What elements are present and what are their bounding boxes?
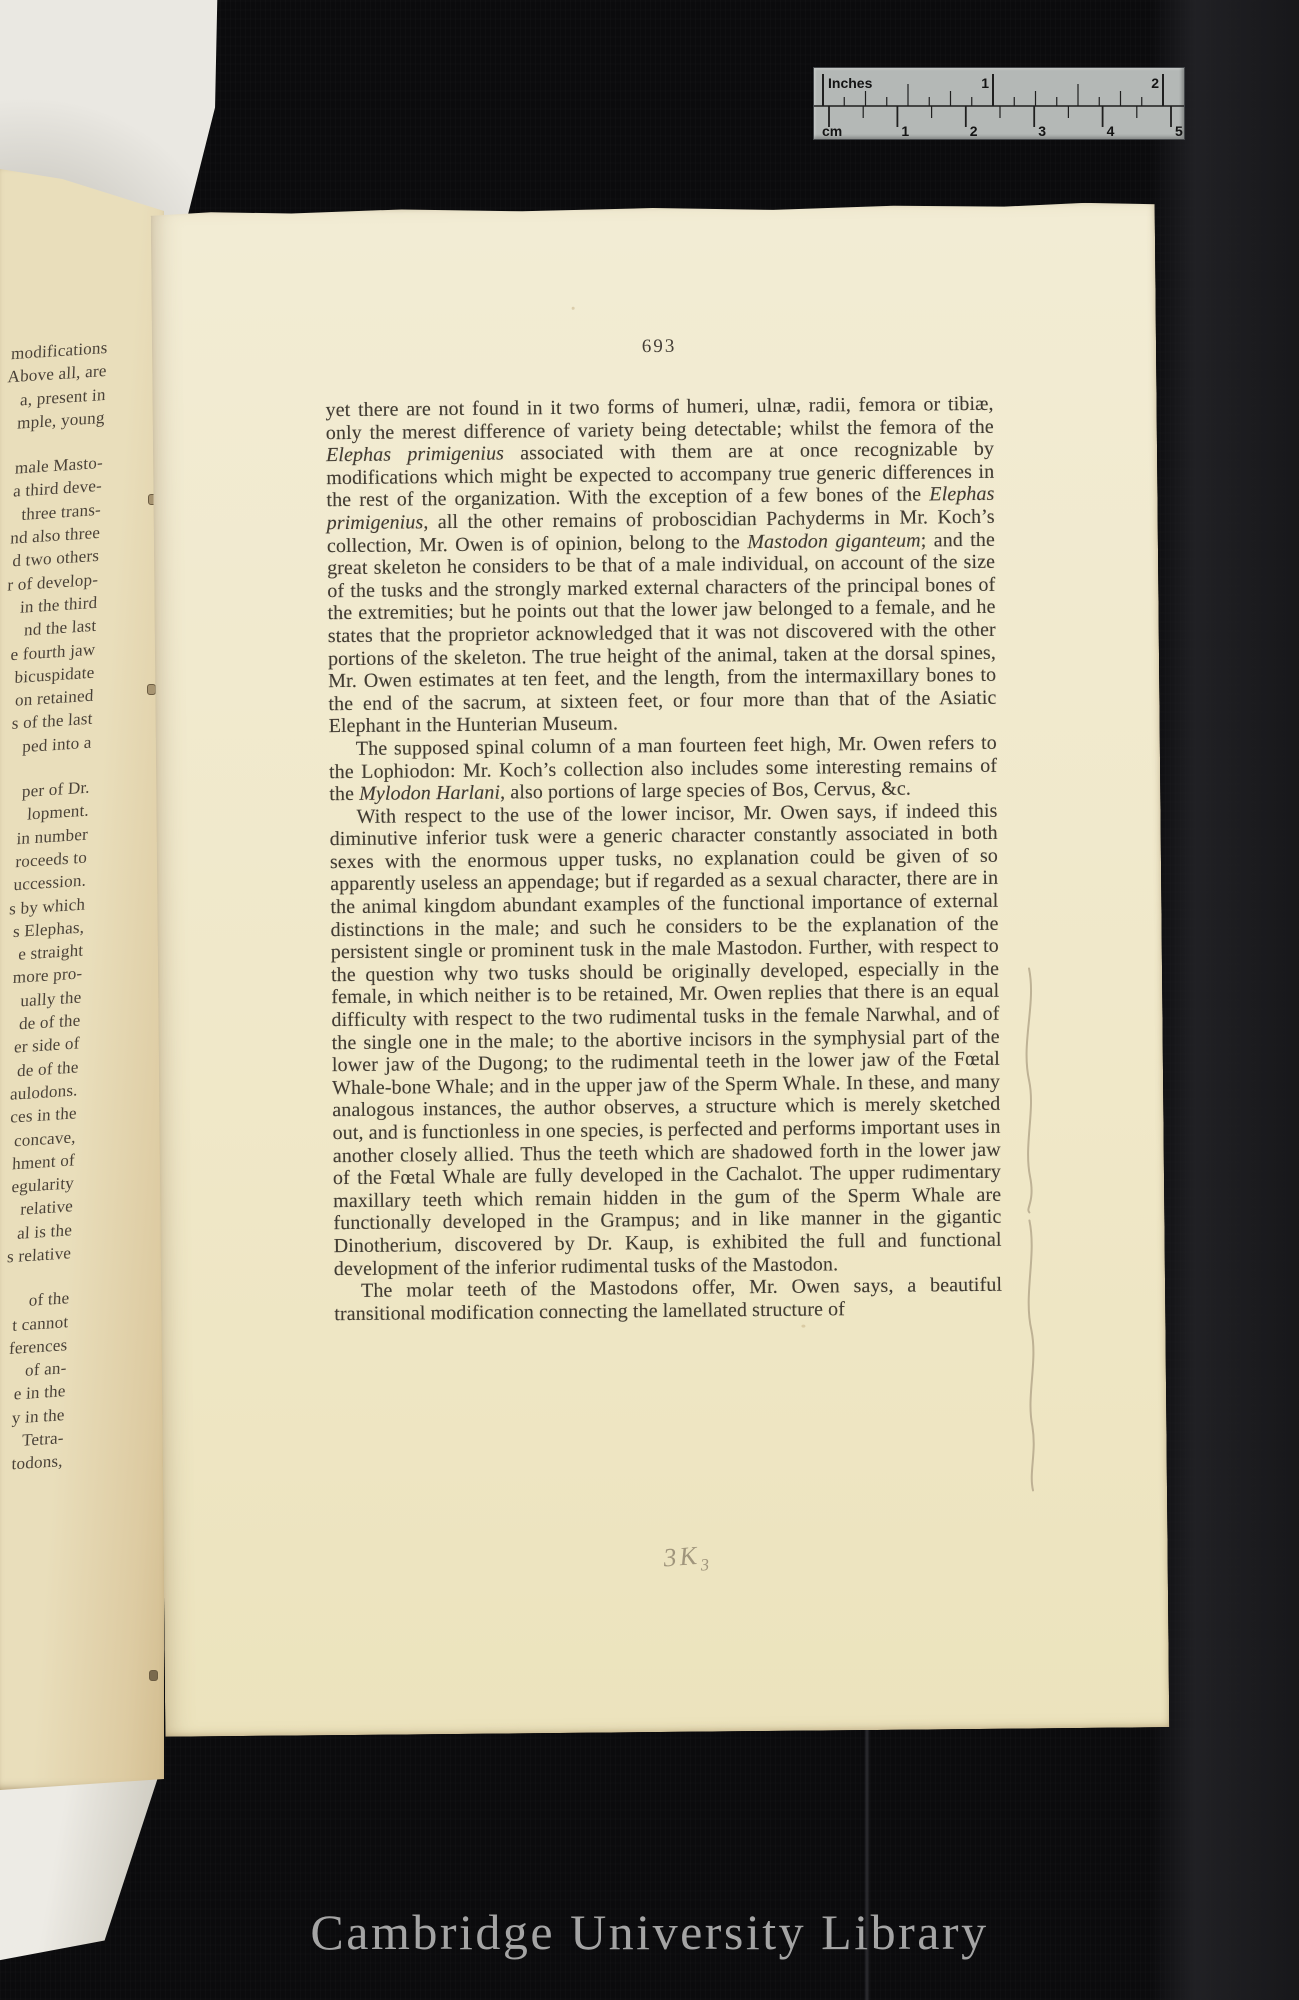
paragraph: The molar teeth of the Mastodons offer, … bbox=[334, 1274, 1002, 1326]
library-watermark: Cambridge University Library bbox=[0, 1902, 1299, 1962]
measurement-ruler: Inches12cm12345 bbox=[813, 67, 1185, 140]
scan-stage: modificationsAbove all, area, present in… bbox=[0, 0, 1299, 2000]
foxing-spot bbox=[572, 307, 575, 310]
ruler-label: 2 bbox=[970, 123, 978, 139]
binding-stitch bbox=[149, 1670, 158, 1681]
ruler-label: 3 bbox=[1038, 123, 1046, 139]
binding-stitch bbox=[147, 684, 156, 695]
paragraph: The supposed spinal column of a man four… bbox=[329, 732, 998, 806]
foxing-spot bbox=[457, 1066, 460, 1069]
paragraph: With respect to the use of the lower inc… bbox=[329, 799, 1002, 1280]
left-book-page: modificationsAbove all, area, present in… bbox=[0, 166, 164, 1790]
ruler-label: Inches bbox=[828, 75, 873, 91]
page-number: 693 bbox=[325, 333, 993, 361]
ruler-label: 5 bbox=[1175, 123, 1183, 139]
margin-squiggle-mark bbox=[1013, 964, 1048, 1494]
ruler-label: 2 bbox=[1151, 75, 1159, 91]
body-text: yet there are not found in it two forms … bbox=[326, 393, 1003, 1326]
pencil-annotation-subscript: 3 bbox=[700, 1555, 710, 1575]
foxing-spot bbox=[801, 1325, 805, 1328]
left-page-fragment-line: s relative bbox=[0, 1241, 72, 1272]
right-book-page: 693 yet there are not found in it two fo… bbox=[151, 201, 1170, 1737]
left-page-fragments: modificationsAbove all, area, present in… bbox=[0, 336, 108, 1481]
ruler-label: 4 bbox=[1107, 123, 1115, 139]
paragraph: yet there are not found in it two forms … bbox=[326, 393, 997, 738]
cloth-highlight-band bbox=[1150, 0, 1299, 2000]
ruler-label: cm bbox=[822, 123, 842, 139]
pencil-annotation-main: 3K bbox=[662, 1541, 701, 1573]
ruler-label: 1 bbox=[901, 123, 909, 139]
pencil-annotation: 3K3 bbox=[662, 1540, 709, 1578]
ruler-label: 1 bbox=[981, 75, 989, 91]
left-page-fragment-line: todons, bbox=[0, 1449, 63, 1480]
